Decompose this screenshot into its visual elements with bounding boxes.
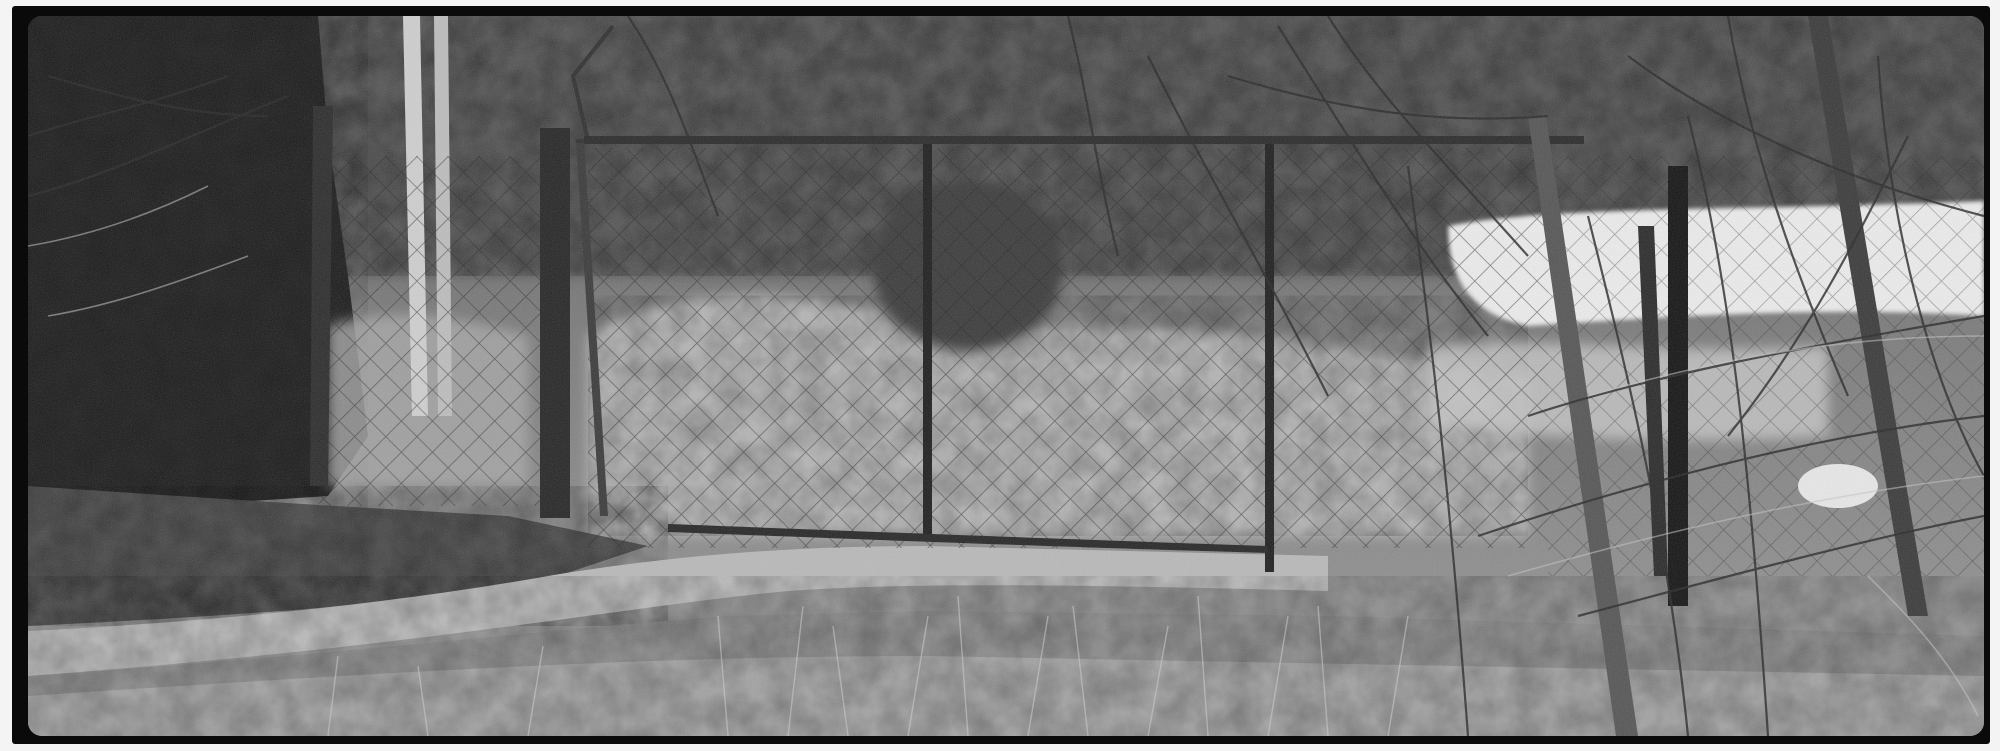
photograph: Chain-link metal gate in a wooded area w… [28,16,1984,736]
scene-canvas [28,16,1984,736]
film-border: Chain-link metal gate in a wooded area w… [12,6,1990,744]
film-grain [28,16,1984,736]
